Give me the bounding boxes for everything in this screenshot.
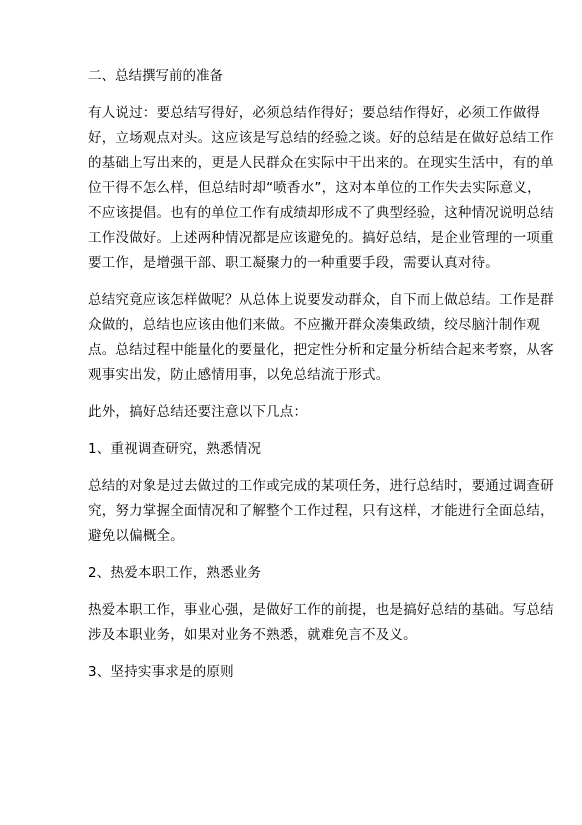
point-1-body: 总结的对象是过去做过的工作或完成的某项任务，进行总结时，要通过调查研 究，努力掌… (88, 474, 522, 549)
text-line: 避免以偏概全。 (88, 524, 522, 549)
text-line: 总结究竟应该怎样做呢？从总体上说要发动群众，自下而上做总结。工作是群 (88, 288, 522, 313)
text-line: 总结的对象是过去做过的工作或完成的某项任务，进行总结时，要通过调查研 (88, 474, 522, 499)
text-line: 有人说过：要总结写得好，必须总结作得好；要总结作得好，必须工作做得 (88, 101, 522, 126)
section-heading: 二、总结撰写前的准备 (88, 66, 522, 86)
point-3-heading: 3、坚持实事求是的原则 (88, 660, 522, 685)
text-line: 热爱本职工作，事业心强，是做好工作的前提，也是搞好总结的基础。写总结 (88, 598, 522, 623)
text-line: 1、重视调查研究，熟悉情况 (88, 437, 522, 462)
text-line: 位干得不怎么样，但总结时却“喷香水”，这对本单位的工作失去实际意义， (88, 176, 522, 201)
paragraph-points-intro: 此外，搞好总结还要注意以下几点： (88, 400, 522, 425)
text-line: 涉及本职业务，如果对业务不熟悉，就难免言不及义。 (88, 623, 522, 648)
text-line: 要工作，是增强干部、职工凝聚力的一种重要手段，需要认真对待。 (88, 251, 522, 276)
text-line: 此外，搞好总结还要注意以下几点： (88, 400, 522, 425)
point-1-heading: 1、重视调查研究，熟悉情况 (88, 437, 522, 462)
text-line: 好，立场观点对头。这应该是写总结的经验之谈。好的总结是在做好总结工作 (88, 126, 522, 151)
document-page: 二、总结撰写前的准备 有人说过：要总结写得好，必须总结作得好；要总结作得好，必须… (0, 0, 582, 685)
text-line: 的基础上写出来的，更是人民群众在实际中干出来的。在现实生活中，有的单 (88, 151, 522, 176)
text-line: 不应该提倡。也有的单位工作有成绩却形成不了典型经验，这种情况说明总结 (88, 201, 522, 226)
paragraph-how-to: 总结究竟应该怎样做呢？从总体上说要发动群众，自下而上做总结。工作是群 众做的，总… (88, 288, 522, 388)
text-line: 3、坚持实事求是的原则 (88, 660, 522, 685)
text-line: 观事实出发，防止感情用事，以免总结流于形式。 (88, 363, 522, 388)
text-line: 众做的，总结也应该由他们来做。不应撇开群众凑集政绩，绞尽脑汁制作观 (88, 313, 522, 338)
text-line: 工作没做好。上述两种情况都是应该避免的。搞好总结，是企业管理的一项重 (88, 226, 522, 251)
heading-text: 二、总结撰写前的准备 (88, 66, 522, 86)
point-2-body: 热爱本职工作，事业心强，是做好工作的前提，也是搞好总结的基础。写总结 涉及本职业… (88, 598, 522, 648)
paragraph-intro: 有人说过：要总结写得好，必须总结作得好；要总结作得好，必须工作做得 好，立场观点… (88, 101, 522, 276)
point-2-heading: 2、热爱本职工作，熟悉业务 (88, 561, 522, 586)
text-line: 点。总结过程中能量化的要量化，把定性分析和定量分析结合起来考察，从客 (88, 338, 522, 363)
text-line: 究，努力掌握全面情况和了解整个工作过程，只有这样，才能进行全面总结， (88, 499, 522, 524)
text-line: 2、热爱本职工作，熟悉业务 (88, 561, 522, 586)
